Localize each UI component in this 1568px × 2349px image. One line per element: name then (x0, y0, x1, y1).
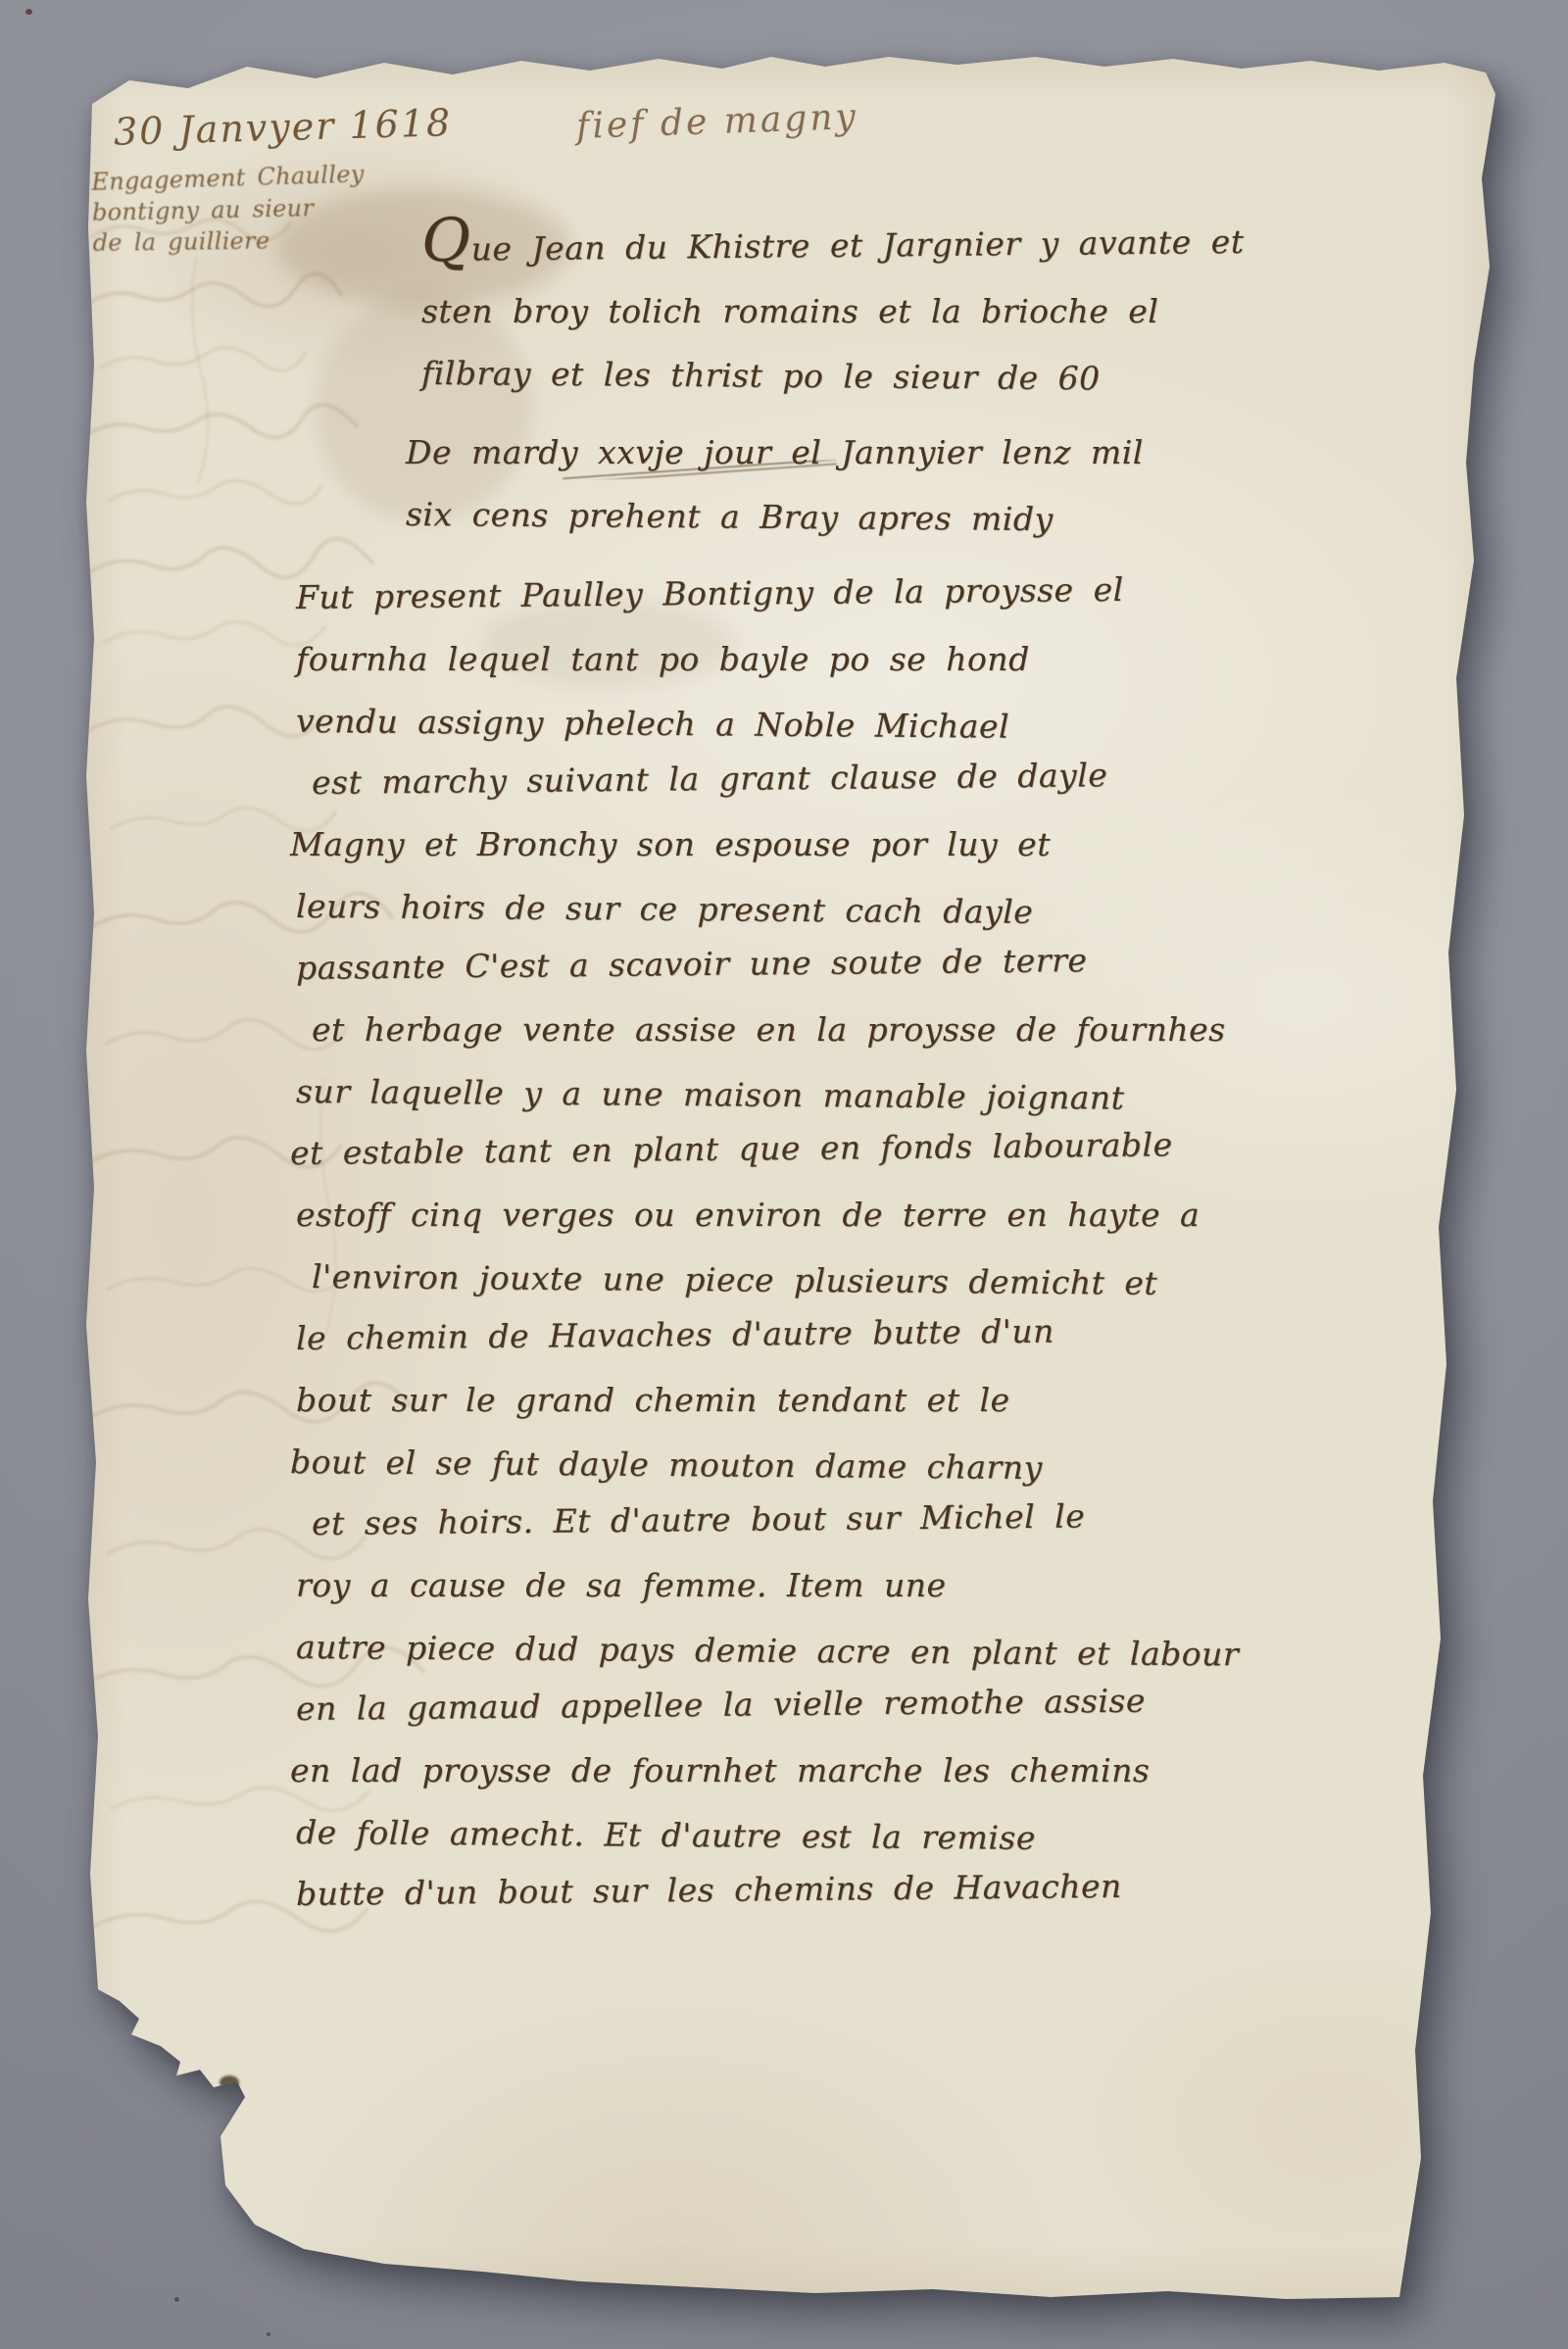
photograph-background: 30 Janvyer 1618 Engagement Chaulleybonti… (0, 0, 1568, 2349)
manuscript-line: roy a cause de sa femme. Item une (296, 1554, 1423, 1616)
manuscript-line: et estable tant en plant que en fonds la… (290, 1111, 1424, 1184)
manuscript-line: passante C'est a scavoir une soute de te… (296, 926, 1424, 999)
opening-paragraph: Que Jean du Khistre et Jargnier y avante… (421, 198, 1423, 404)
main-paragraph: Fut present Paulley Bontigny de la proys… (296, 566, 1423, 1925)
manuscript-line: et ses hoirs. Et d'autre bout sur Michel… (312, 1482, 1424, 1554)
manuscript-line: est marchy suivant la grant clause de da… (312, 741, 1424, 813)
manuscript-line: Que Jean du Khistre et Jargnier y avante… (421, 200, 1424, 280)
paper-shadow-wrapper: 30 Janvyer 1618 Engagement Chaulleybonti… (71, 51, 1503, 2305)
manuscript-line: Fut present Paulley Bontigny de la proys… (296, 556, 1424, 628)
manuscript-body: Que Jean du Khistre et Jargnier y avante… (296, 198, 1423, 1925)
manuscript-line: De mardy xxvje jour el Jannyier lenz mil (406, 421, 1423, 483)
manuscript-line: filbray et les thrist po le sieur de 60 (421, 342, 1423, 412)
manuscript-line: fournha lequel tant po bayle po se hond (296, 628, 1423, 690)
manuscript-line: et herbage vente assise en la proysse de… (312, 999, 1423, 1060)
manuscript-line: le chemin de Havaches d'autre butte d'un (296, 1297, 1424, 1369)
tear-hole (220, 2076, 239, 2089)
manuscript-line: butte d'un bout sur les chemins de Havac… (296, 1852, 1424, 1925)
date-paragraph: De mardy xxvje jour el Jannyier lenz mil… (406, 421, 1423, 545)
manuscript-line: sten broy tolich romains et la brioche e… (421, 280, 1423, 342)
manuscript-line: en lad proysse de fournhet marche les ch… (290, 1739, 1423, 1801)
heading-inscription: fief de magny (575, 97, 858, 147)
manuscript-line: bout sur le grand chemin tendant et le (296, 1369, 1423, 1431)
manuscript-line: six cens prehent a Bray apres midy (406, 483, 1423, 553)
manuscript-line: estoff cinq verges ou environ de terre e… (296, 1184, 1423, 1246)
manuscript-page: 30 Janvyer 1618 Engagement Chaulleybonti… (71, 51, 1503, 2305)
dust-speck (25, 9, 32, 15)
date-annotation: 30 Janvyer 1618 (113, 101, 452, 154)
manuscript-line: Magny et Bronchy son espouse por luy et (290, 813, 1423, 875)
dust-speck (267, 2332, 270, 2336)
manuscript-line: en la gamaud appellee la vielle remothe … (296, 1667, 1424, 1739)
